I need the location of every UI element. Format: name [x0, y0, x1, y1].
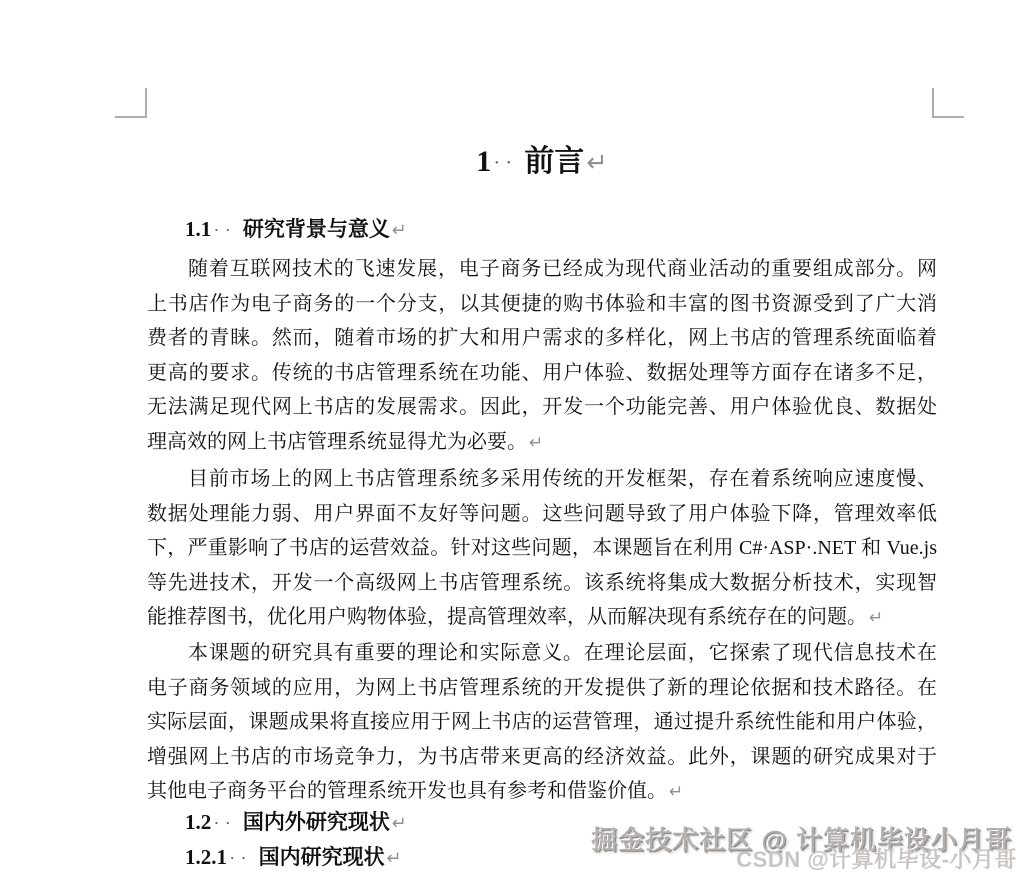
section-heading-text: 国内外研究现状: [243, 810, 390, 834]
section-heading-text: 研究背景与意义: [243, 217, 390, 241]
chapter-title-text: 前言: [524, 145, 584, 178]
text-line: 下，严重影响了书店的运营效益。针对这些问题，本课题旨在利用 C#·ASP·.NE…: [147, 531, 937, 566]
text-line: 费者的青睐。然而，随着市场的扩大和用户需求的多样化，网上书店的管理系统面临着: [147, 321, 937, 356]
space-formatting-marks: ··: [494, 155, 518, 171]
text-line: 等先进技术，开发一个高级网上书店管理系统。该系统将集成大数据分析技术，实现智: [147, 566, 937, 601]
text-line: 实际层面，课题成果将直接应用于网上书店的运营管理，通过提升系统性能和用户体验，: [147, 705, 937, 740]
text-line: 无法满足现代网上书店的发展需求。因此，开发一个功能完善、用户体验优良、数据处: [147, 390, 937, 425]
text-line: 数据处理能力弱、用户界面不友好等问题。这些问题导致了用户体验下降，管理效率低: [147, 497, 937, 532]
paragraph-mark-icon: ↵: [669, 782, 683, 802]
space-formatting-marks: ··: [214, 222, 237, 237]
paragraph-mark-icon: ↵: [869, 608, 883, 628]
section-heading-text: 国内研究现状: [259, 845, 385, 869]
paragraph-mark-icon: ↵: [392, 813, 407, 834]
paragraph-3: 本课题的研究具有重要的理论和实际意义。在理论层面，它探索了现代信息技术在 电子商…: [147, 636, 937, 809]
space-formatting-marks: ··: [214, 815, 237, 830]
text-line: 增强网上书店的市场竞争力，为书店带来更高的经济效益。此外，课题的研究成果对于: [147, 740, 937, 775]
text-line: 理高效的网上书店管理系统显得尤为必要。↵: [147, 425, 937, 460]
section-number: 1.2.1: [185, 845, 227, 869]
section-number: 1.1: [185, 217, 211, 241]
text-line: 能推荐图书，优化用户购物体验，提高管理效率，从而解决现有系统存在的问题。↵: [147, 600, 937, 635]
section-heading-1-1: 1.1··研究背景与意义↵: [147, 212, 975, 248]
text-line: 随着互联网技术的飞速发展，电子商务已经成为现代商业活动的重要组成部分。网: [147, 252, 937, 287]
text-line-content: 能推荐图书，优化用户购物体验，提高管理效率，从而解决现有系统存在的问题。: [147, 606, 867, 628]
paragraph-mark-icon: ↵: [586, 148, 607, 178]
paragraph-mark-icon: ↵: [387, 848, 402, 869]
text-line: 本课题的研究具有重要的理论和实际意义。在理论层面，它探索了现代信息技术在: [147, 636, 937, 671]
text-boundary-corner-top-right-vertical: [932, 88, 934, 118]
paragraph-1: 随着互联网技术的飞速发展，电子商务已经成为现代商业活动的重要组成部分。网 上书店…: [147, 252, 937, 459]
paragraph-mark-icon: ↵: [392, 220, 407, 241]
text-line: 上书店作为电子商务的一个分支，以其便捷的购书体验和丰富的图书资源受到了广大消: [147, 287, 937, 322]
text-line-content: 其他电子商务平台的管理系统开发也具有参考和借鉴价值。: [147, 780, 667, 802]
paragraph-2: 目前市场上的网上书店管理系统多采用传统的开发框架，存在着系统响应速度慢、 数据处…: [147, 462, 937, 635]
chapter-title: 1··前言↵: [147, 140, 937, 185]
text-line: 电子商务领域的应用，为网上书店管理系统的开发提供了新的理论依据和技术路径。在: [147, 671, 937, 706]
word-document-page: 1··前言↵ 1.1··研究背景与意义↵ 随着互联网技术的飞速发展，电子商务已经…: [0, 0, 1027, 872]
text-boundary-corner-top-right-horizontal: [932, 116, 964, 118]
text-line: 更高的要求。传统的书店管理系统在功能、用户体验、数据处理等方面存在诸多不足，: [147, 356, 937, 391]
text-line: 其他电子商务平台的管理系统开发也具有参考和借鉴价值。↵: [147, 774, 937, 809]
section-number: 1.2: [185, 810, 211, 834]
text-boundary-corner-top-left-vertical: [145, 88, 147, 118]
text-line-content: 理高效的网上书店管理系统显得尤为必要。: [147, 431, 527, 453]
text-line: 目前市场上的网上书店管理系统多采用传统的开发框架，存在着系统响应速度慢、: [147, 462, 937, 497]
text-boundary-corner-top-left-horizontal: [115, 116, 147, 118]
paragraph-mark-icon: ↵: [529, 433, 543, 453]
space-formatting-marks: ··: [230, 850, 253, 865]
chapter-number: 1: [476, 145, 491, 178]
watermark-csdn: CSDN @计算机毕设-小月哥: [736, 843, 1017, 872]
